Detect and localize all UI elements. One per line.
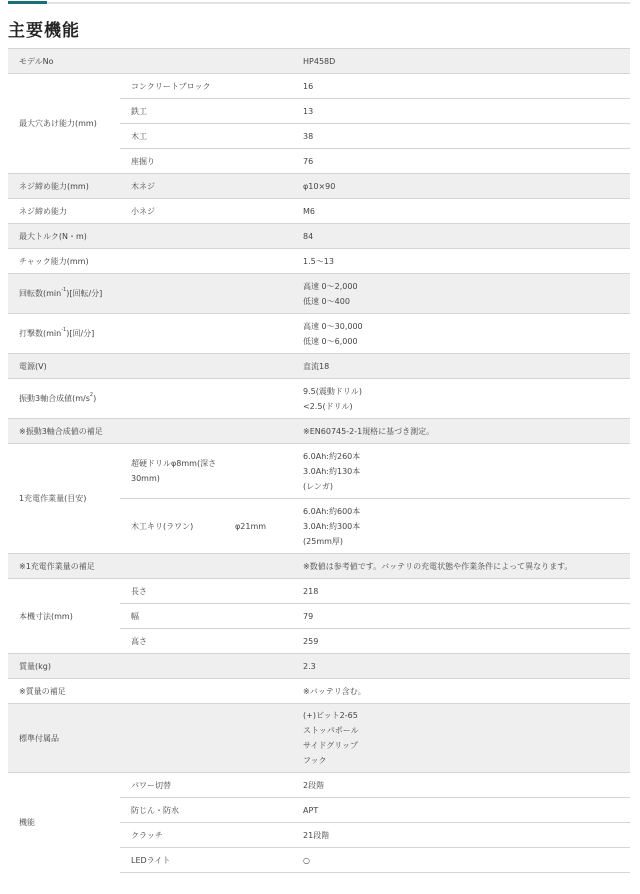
- row-value: ※EN60745-2-1規格に基づき測定。: [292, 419, 630, 444]
- sub-label: 高さ: [120, 629, 292, 654]
- table-row-impact-rate: 打撃数(min-1)[回/分] 高速 0〜30,000低速 0〜6,000: [8, 314, 630, 354]
- sub-label: 木工キリ(ラワン)φ21mm: [120, 499, 292, 554]
- row-value: 2段階: [292, 773, 630, 798]
- sub-label: 長さ: [120, 579, 292, 604]
- row-value: 高速 0〜2,000低速 0〜400: [292, 274, 630, 314]
- row-label: ※1充電作業量の補足: [8, 554, 292, 579]
- row-value: 6.0Ah:約600本3.0Ah:約300本(25mm厚): [292, 499, 630, 554]
- table-row-power: 電源(V) 直流18: [8, 354, 630, 379]
- table-row-rpm: 回転数(min-1)[回転/分] 高速 0〜2,000低速 0〜400: [8, 274, 630, 314]
- section-accent-bar: [8, 1, 47, 4]
- row-value: 直流18: [292, 354, 630, 379]
- row-label: 回転数(min-1)[回転/分]: [8, 274, 292, 314]
- row-label: ※振動3軸合成値の補足: [8, 419, 292, 444]
- row-label: 電源(V): [8, 354, 292, 379]
- row-label: 機能: [8, 773, 120, 873]
- table-row-weight-note: ※質量の補足 ※バッテリ含む。: [8, 679, 630, 704]
- table-row-accessories: 標準付属品 (+)ビット2-65ストッパポールサイドグリップフック: [8, 704, 630, 773]
- row-value: ○: [292, 848, 630, 873]
- table-row-torque: 最大トルク(N・m) 84: [8, 224, 630, 249]
- row-label: 最大トルク(N・m): [8, 224, 292, 249]
- row-value: 79: [292, 604, 630, 629]
- table-row-screw-mm: ネジ締め能力(mm) 木ネジ φ10×90: [8, 174, 630, 199]
- sub-label: 座掘り: [120, 149, 292, 174]
- sub-label: コンクリートブロック: [120, 74, 292, 99]
- table-row-chuck: チャック能力(mm) 1.5〜13: [8, 249, 630, 274]
- row-label: 質量(kg): [8, 654, 292, 679]
- sub-label: 木ネジ: [120, 174, 292, 199]
- row-value: 218: [292, 579, 630, 604]
- row-label: ※質量の補足: [8, 679, 292, 704]
- sub-label: 木工: [120, 124, 292, 149]
- table-row-drilling: 最大穴あけ能力(mm) コンクリートブロック 16: [8, 74, 630, 99]
- table-row-weight: 質量(kg) 2.3: [8, 654, 630, 679]
- table-row-per-charge: 1充電作業量(目安) 超硬ドリルφ8mm(深さ30mm) 6.0Ah:約260本…: [8, 444, 630, 499]
- sub-label: 小ネジ: [120, 199, 292, 224]
- row-value: 259: [292, 629, 630, 654]
- row-value: 2.3: [292, 654, 630, 679]
- section-divider: [8, 2, 630, 4]
- sub-label: パワー切替: [120, 773, 292, 798]
- row-value: 高速 0〜30,000低速 0〜6,000: [292, 314, 630, 354]
- row-value: 13: [292, 99, 630, 124]
- row-value: 1.5〜13: [292, 249, 630, 274]
- row-label: 振動3軸合成値(m/s2): [8, 379, 292, 419]
- sub-label: 鉄工: [120, 99, 292, 124]
- table-row-vibration: 振動3軸合成値(m/s2) 9.5(震動ドリル)<2.5(ドリル): [8, 379, 630, 419]
- sub-label: LEDライト: [120, 848, 292, 873]
- row-value: 21段階: [292, 823, 630, 848]
- sub-label: クラッチ: [120, 823, 292, 848]
- spec-table: モデルNo HP458D 最大穴あけ能力(mm) コンクリートブロック 16 鉄…: [8, 48, 630, 873]
- table-row-dimensions: 本機寸法(mm) 長さ 218: [8, 579, 630, 604]
- row-label: モデルNo: [8, 49, 292, 74]
- row-value: φ10×90: [292, 174, 630, 199]
- table-row-screw: ネジ締め能力 小ネジ M6: [8, 199, 630, 224]
- row-value: 38: [292, 124, 630, 149]
- section-title: 主要機能: [8, 16, 80, 41]
- row-label: 標準付属品: [8, 704, 292, 773]
- table-row-features: 機能 パワー切替 2段階: [8, 773, 630, 798]
- table-row-per-charge-note: ※1充電作業量の補足 ※数値は参考値です。バッテリの充電状態や作業条件によって異…: [8, 554, 630, 579]
- sub-label: 幅: [120, 604, 292, 629]
- row-label: ネジ締め能力: [8, 199, 120, 224]
- row-value: 6.0Ah:約260本3.0Ah:約130本(レンガ): [292, 444, 630, 499]
- row-label: 1充電作業量(目安): [8, 444, 120, 554]
- table-row-vibration-note: ※振動3軸合成値の補足 ※EN60745-2-1規格に基づき測定。: [8, 419, 630, 444]
- row-value: ※数値は参考値です。バッテリの充電状態や作業条件によって異なります。: [292, 554, 630, 579]
- row-value: M6: [292, 199, 630, 224]
- row-value: 16: [292, 74, 630, 99]
- row-value: 76: [292, 149, 630, 174]
- row-value: 84: [292, 224, 630, 249]
- row-value: ※バッテリ含む。: [292, 679, 630, 704]
- sub-label: 超硬ドリルφ8mm(深さ30mm): [120, 444, 292, 499]
- row-value: (+)ビット2-65ストッパポールサイドグリップフック: [292, 704, 630, 773]
- row-label: 本機寸法(mm): [8, 579, 120, 654]
- row-label: チャック能力(mm): [8, 249, 292, 274]
- row-value: HP458D: [292, 49, 630, 74]
- row-label: 打撃数(min-1)[回/分]: [8, 314, 292, 354]
- row-label: ネジ締め能力(mm): [8, 174, 120, 199]
- sub-label: 防じん・防水: [120, 798, 292, 823]
- table-row-model: モデルNo HP458D: [8, 49, 630, 74]
- row-label: 最大穴あけ能力(mm): [8, 74, 120, 174]
- row-value: 9.5(震動ドリル)<2.5(ドリル): [292, 379, 630, 419]
- row-value: APT: [292, 798, 630, 823]
